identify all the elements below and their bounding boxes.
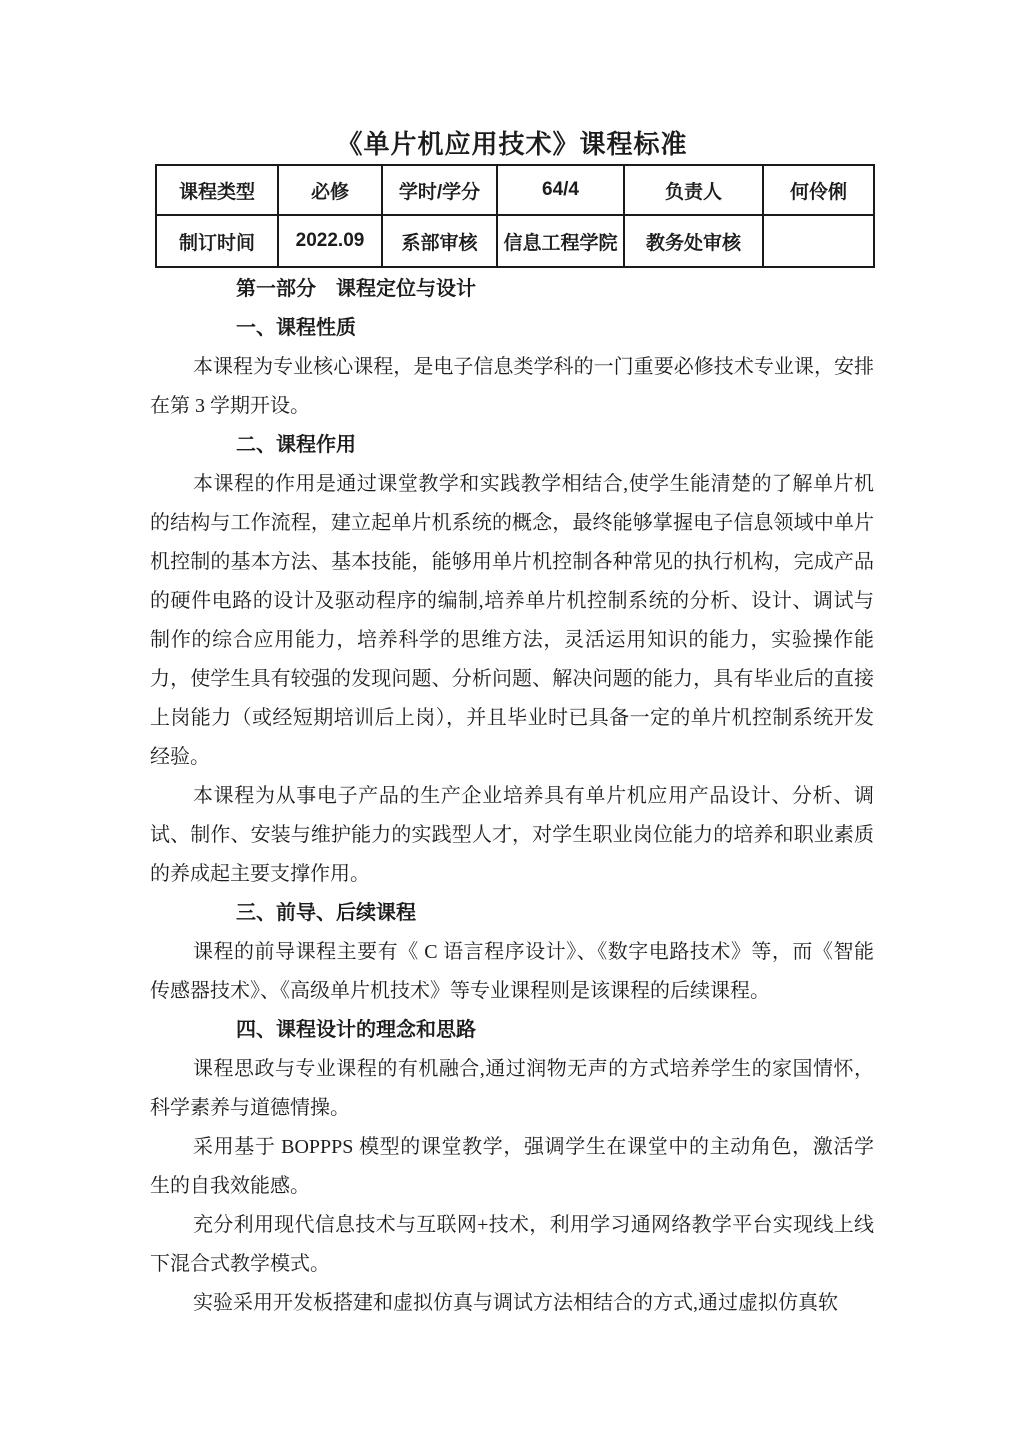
section-3-heading: 三、前导、后续课程 [150,894,874,933]
section-1-heading: 一、课程性质 [150,309,874,348]
section-4-heading: 四、课程设计的理念和思路 [150,1011,874,1050]
document-page: 《单片机应用技术》课程标准 课程类型 必修 学时/学分 64/4 负责人 何伶俐… [0,0,1024,1448]
document-body: 第一部分 课程定位与设计 一、课程性质 本课程为专业核心课程，是电子信息类学科的… [150,270,874,1323]
cell-person-in-charge-value: 何伶俐 [763,165,874,215]
cell-academic-office-review-value [763,215,874,267]
section-4-paragraph-4: 实验采用开发板搭建和虚拟仿真与调试方法相结合的方式,通过虚拟仿真软 [150,1284,874,1323]
section-4-paragraph-2: 采用基于 BOPPPS 模型的课堂教学，强调学生在课堂中的主动角色，激活学生的自… [150,1128,874,1206]
table-row: 课程类型 必修 学时/学分 64/4 负责人 何伶俐 [156,165,874,215]
cell-person-in-charge-label: 负责人 [624,165,763,215]
section-4-paragraph-3: 充分利用现代信息技术与互联网+技术，利用学习通网络教学平台实现线上线下混合式教学… [150,1206,874,1284]
cell-course-type-value: 必修 [278,165,382,215]
section-3-paragraph: 课程的前导课程主要有《 C 语言程序设计》、《数字电路技术》等，而《智能传感器技… [150,933,874,1011]
cell-dept-review-value: 信息工程学院 [497,215,624,267]
page-title: 《单片机应用技术》课程标准 [0,0,1024,162]
cell-hours-credits-value: 64/4 [497,165,624,215]
section-4-paragraph-1: 课程思政与专业课程的有机融合,通过润物无声的方式培养学生的家国情怀，科学素养与道… [150,1050,874,1128]
section-2-paragraph-2: 本课程为从事电子产品的生产企业培养具有单片机应用产品设计、分析、调试、制作、安装… [150,777,874,894]
cell-course-type-label: 课程类型 [156,165,278,215]
cell-academic-office-review-label: 教务处审核 [624,215,763,267]
cell-date-value: 2022.09 [278,215,382,267]
table-row: 制订时间 2022.09 系部审核 信息工程学院 教务处审核 [156,215,874,267]
section-2-paragraph-1: 本课程的作用是通过课堂教学和实践教学相结合,使学生能清楚的了解单片机的结构与工作… [150,465,874,777]
section-2-heading: 二、课程作用 [150,426,874,465]
part-heading: 第一部分 课程定位与设计 [150,270,874,309]
cell-dept-review-label: 系部审核 [382,215,497,267]
section-1-paragraph: 本课程为专业核心课程，是电子信息类学科的一门重要必修技术专业课，安排在第 3 学… [150,348,874,426]
cell-date-label: 制订时间 [156,215,278,267]
course-info-table: 课程类型 必修 学时/学分 64/4 负责人 何伶俐 制订时间 2022.09 … [155,164,875,268]
cell-hours-credits-label: 学时/学分 [382,165,497,215]
